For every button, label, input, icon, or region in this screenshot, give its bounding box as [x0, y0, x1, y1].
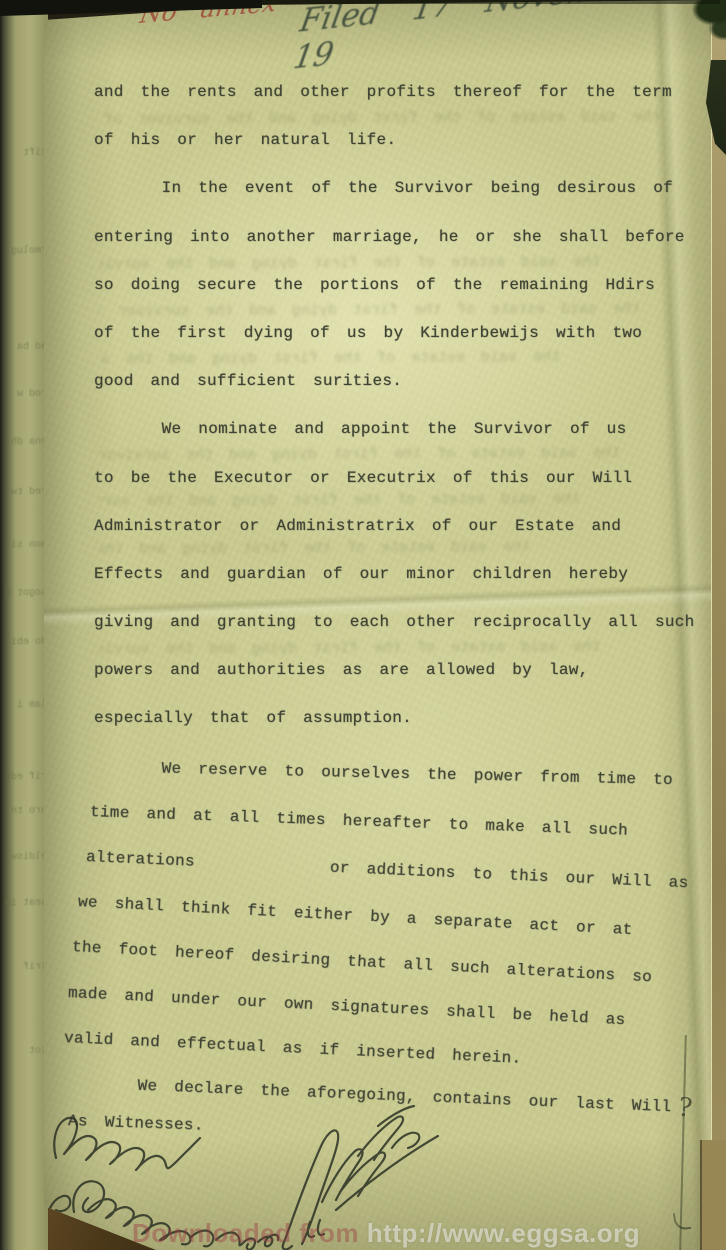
- bleedthrough-fragment: bro tn: [1, 806, 47, 818]
- bleedthrough-fragment: do ebi: [1, 637, 47, 649]
- book-page-edges-bottom: [700, 1140, 726, 1250]
- watermark: Downloaded from http://www.eggsa.org: [132, 1218, 640, 1249]
- typed-line: the foot hereof desiring that all such a…: [72, 939, 704, 990]
- typed-line: alterations or additions to this our Wil…: [86, 849, 704, 894]
- ink-question-mark: ?: [676, 1092, 692, 1123]
- will-page: the said estate of the first dying and t…: [44, 0, 715, 1250]
- bleedthrough-fragment: rmolug: [1, 246, 47, 258]
- bleedthrough-fragment: tift: [1, 148, 47, 160]
- watermark-prefix: Downloaded from: [132, 1218, 367, 1248]
- typed-line: so doing secure the portions of the rema…: [94, 277, 704, 295]
- bleedthrough-fragment: red tw: [1, 487, 47, 499]
- typed-text-block: and the rents and other profits thereof …: [94, 84, 704, 1130]
- typed-line: made and under our own signatures shall …: [68, 985, 704, 1034]
- book-page-edges: [711, 0, 726, 1250]
- bleedthrough-fragment: sogot m: [1, 588, 47, 600]
- bleedthrough-fragment: ad ba: [1, 342, 47, 354]
- typed-line: Administrator or Administratrix of our E…: [94, 518, 704, 536]
- typed-line: time and at all times hereafter to make …: [90, 804, 704, 843]
- previous-page-edge: tift rmolug ad ba rod w ena dh red tw mo…: [0, 0, 48, 1250]
- bleedthrough-fragment: eldisw: [1, 852, 47, 864]
- signature-stroke: [54, 1118, 200, 1170]
- top-edge-line: [260, 0, 720, 4]
- bleedthrough-fragment: rif edt: [1, 772, 47, 784]
- top-right-dark-mark: [660, 0, 726, 52]
- photographed-will-document: tift rmolug ad ba rod w ena dh red tw mo…: [0, 0, 726, 1250]
- typed-line: In the event of the Survivor being desir…: [94, 180, 704, 198]
- typed-line: of the first dying of us by Kinderbewijs…: [94, 325, 704, 343]
- typed-line: and the rents and other profits thereof …: [94, 84, 704, 102]
- typed-line: of his or her natural life.: [94, 132, 704, 150]
- typed-line: we shall think fit either by a separate …: [78, 894, 704, 943]
- typed-line: Effects and guardian of our minor childr…: [94, 566, 704, 584]
- typed-line: giving and granting to each other recipr…: [94, 614, 704, 632]
- typed-line: good and sufficient surities.: [94, 373, 704, 391]
- typed-line: especially that of assumption.: [94, 710, 704, 728]
- bleedthrough-fragment: trif: [1, 962, 47, 974]
- bleedthrough-fragment: lam i: [1, 700, 47, 712]
- bleedthrough-fragment: mon si: [1, 540, 47, 552]
- watermark-url: http://www.eggsa.org: [367, 1218, 640, 1248]
- typed-line: valid and effectual as if inserted herei…: [64, 1030, 704, 1077]
- bleedthrough-fragment: tot: [1, 1046, 47, 1058]
- filed-date-annotation: Filed 17 November 19: [291, 0, 715, 77]
- bleedthrough-fragment: ena dh: [1, 437, 47, 449]
- bleedthrough-fragment: seat iw: [1, 898, 47, 910]
- typed-line: entering into another marriage, he or sh…: [94, 229, 704, 247]
- ink-hook-mark: [673, 1211, 691, 1231]
- typed-line: We reserve to ourselves the power from t…: [94, 759, 704, 790]
- typed-line: We nominate and appoint the Survivor of …: [94, 421, 704, 439]
- typed-line: powers and authorities as are allowed by…: [94, 662, 704, 680]
- typed-line: to be the Executor or Executrix of this …: [94, 470, 704, 488]
- bleedthrough-fragment: rod w: [1, 389, 47, 401]
